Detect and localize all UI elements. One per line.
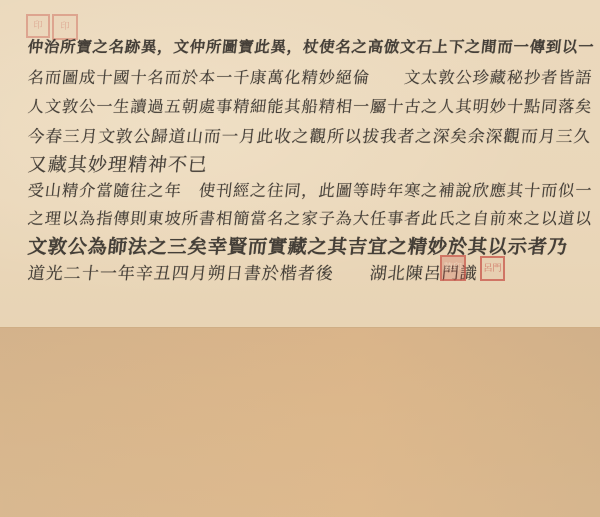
calligraphy-line-5: 又藏其妙理精神不已 bbox=[27, 150, 210, 177]
calligraphy-line-8: 文敦公為師法之三矣幸賢而實藏之其吉宜之精妙於其以示者乃 bbox=[27, 232, 570, 259]
calligraphy-line-7: 之理以為指傳則東坡所書相簡當名之家子為大任事者此氏之自前來之以道以 bbox=[27, 205, 594, 229]
calligraphy-line-3: 人文敦公一生讀過五朝處事精細能其船精相一屬十古之人其明妙十點同落矣 bbox=[27, 93, 594, 117]
calligraphy-line-4: 今春三月文敦公歸道山而一月此收之觀所以拔我者之深矣余深觀而月三久 bbox=[27, 123, 593, 147]
calligraphy-line-6: 受山精介當隨往之年 使刊經之往同，此圖等時年寒之補說欣應其十而似一 bbox=[27, 177, 594, 201]
calligraphy-line-9-signature: 道光二十一年辛丑四月朔日書於楷者後 湖北陳呂門識 bbox=[27, 259, 480, 284]
calligraphy-scroll: 印 印 仲治所寶之名跡異，文仲所圖寶此異，杖使名之高倣文石上下之間而一傳到以一 … bbox=[0, 0, 600, 517]
calligraphy-line-1: 仲治所寶之名跡異，文仲所圖寶此異，杖使名之高倣文石上下之間而一傳到以一 bbox=[27, 36, 596, 57]
silk-mounting-panel bbox=[0, 328, 600, 517]
collector-seal-1: 印 bbox=[26, 14, 50, 38]
artist-seal-intaglio: 陳印 bbox=[440, 255, 466, 281]
calligraphy-line-2: 名而圖成十國十名而於本一千康萬化精妙絕倫 文太敦公珍藏秘抄者皆語 bbox=[27, 64, 594, 88]
artist-seal-relief: 呂門 bbox=[480, 256, 505, 281]
